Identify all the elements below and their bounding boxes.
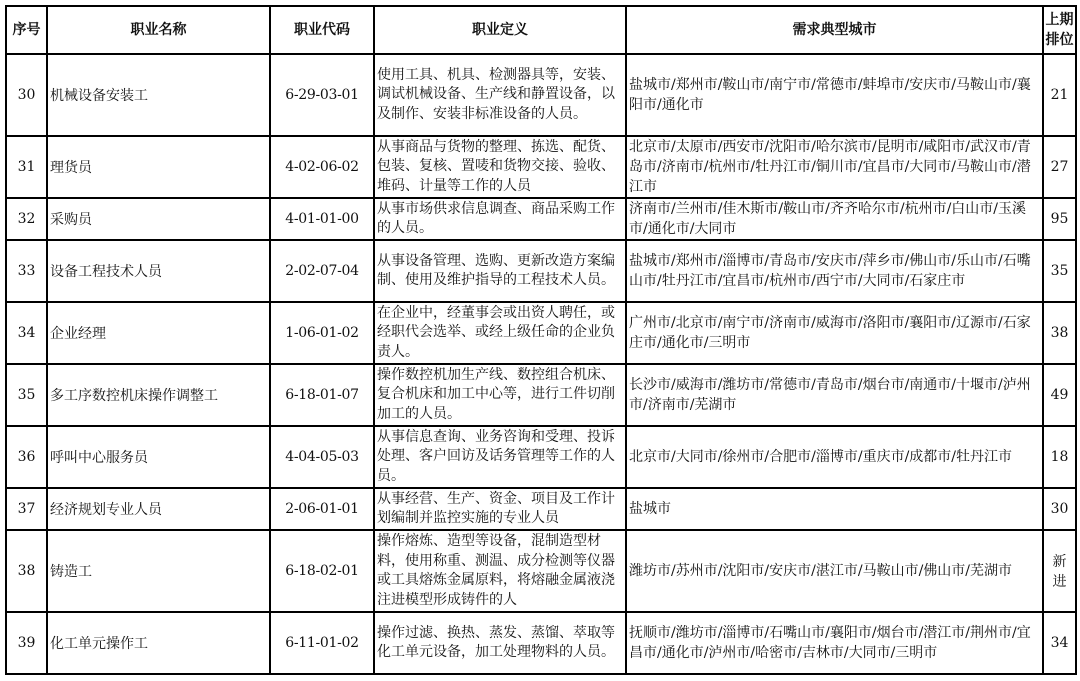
row-code: 6-18-02-01 bbox=[270, 530, 374, 612]
row-cities: 潍坊市/苏州市/沈阳市/安庆市/湛江市/马鞍山市/佛山市/芜湖市 bbox=[626, 530, 1043, 612]
header-num: 序号 bbox=[6, 6, 47, 54]
row-num: 31 bbox=[6, 136, 47, 198]
header-name: 职业名称 bbox=[47, 6, 270, 54]
row-num: 38 bbox=[6, 530, 47, 612]
row-definition: 操作数控机加生产线、数控组合机床、复合机床和加工中心等，进行工件切削加工的人员。 bbox=[374, 364, 626, 426]
header-prev-rank: 上期排位 bbox=[1043, 6, 1076, 54]
row-num: 35 bbox=[6, 364, 47, 426]
row-name: 设备工程技术人员 bbox=[47, 240, 270, 302]
table-row: 35 多工序数控机床操作调整工 6-18-01-07 操作数控机加生产线、数控组… bbox=[6, 364, 1076, 426]
row-definition: 在企业中，经董事会或出资人聘任，或经职代会选举、或经上级任命的企业负责人。 bbox=[374, 302, 626, 364]
row-code: 6-29-03-01 bbox=[270, 54, 374, 136]
table-row: 33 设备工程技术人员 2-02-07-04 从事设备管理、选购、更新改造方案编… bbox=[6, 240, 1076, 302]
row-definition: 从事经营、生产、资金、项目及工作计划编制并监控实施的专业人员 bbox=[374, 488, 626, 530]
row-prev-rank: 新进 bbox=[1043, 530, 1076, 612]
row-prev-rank: 38 bbox=[1043, 302, 1076, 364]
occupation-table-container: 序号 职业名称 职业代码 职业定义 需求典型城市 上期排位 30 机械设备安装工… bbox=[5, 5, 1077, 675]
row-prev-rank: 35 bbox=[1043, 240, 1076, 302]
row-prev-rank: 21 bbox=[1043, 54, 1076, 136]
header-definition: 职业定义 bbox=[374, 6, 626, 54]
table-row: 36 呼叫中心服务员 4-04-05-03 从事信息查询、业务咨询和受理、投诉处… bbox=[6, 426, 1076, 488]
row-num: 32 bbox=[6, 198, 47, 240]
row-prev-rank: 30 bbox=[1043, 488, 1076, 530]
row-prev-rank: 34 bbox=[1043, 612, 1076, 674]
row-name: 化工单元操作工 bbox=[47, 612, 270, 674]
row-cities: 盐城市 bbox=[626, 488, 1043, 530]
row-cities: 抚顺市/潍坊市/淄博市/石嘴山市/襄阳市/烟台市/潜江市/荆州市/宜昌市/通化市… bbox=[626, 612, 1043, 674]
row-prev-rank: 18 bbox=[1043, 426, 1076, 488]
row-name: 机械设备安装工 bbox=[47, 54, 270, 136]
row-definition: 操作过滤、换热、蒸发、蒸馏、萃取等化工单元设备，加工处理物料的人员。 bbox=[374, 612, 626, 674]
row-definition: 从事设备管理、选购、更新改造方案编制、使用及维护指导的工程技术人员。 bbox=[374, 240, 626, 302]
header-code: 职业代码 bbox=[270, 6, 374, 54]
row-code: 2-02-07-04 bbox=[270, 240, 374, 302]
table-row: 38 铸造工 6-18-02-01 操作熔炼、造型等设备，混制造型材料，使用称重… bbox=[6, 530, 1076, 612]
row-name: 多工序数控机床操作调整工 bbox=[47, 364, 270, 426]
row-num: 39 bbox=[6, 612, 47, 674]
row-name: 铸造工 bbox=[47, 530, 270, 612]
header-cities: 需求典型城市 bbox=[626, 6, 1043, 54]
row-name: 采购员 bbox=[47, 198, 270, 240]
row-name: 经济规划专业人员 bbox=[47, 488, 270, 530]
row-num: 30 bbox=[6, 54, 47, 136]
row-name: 呼叫中心服务员 bbox=[47, 426, 270, 488]
row-prev-rank: 95 bbox=[1043, 198, 1076, 240]
row-definition: 操作熔炼、造型等设备，混制造型材料，使用称重、测温、成分检测等仪器或工具熔炼金属… bbox=[374, 530, 626, 612]
row-num: 33 bbox=[6, 240, 47, 302]
row-definition: 使用工具、机具、检测器具等，安装、调试机械设备、生产线和静置设备，以及制作、安装… bbox=[374, 54, 626, 136]
row-code: 4-04-05-03 bbox=[270, 426, 374, 488]
row-cities: 盐城市/郑州市/鞍山市/南宁市/常德市/蚌埠市/安庆市/马鞍山市/襄阳市/通化市 bbox=[626, 54, 1043, 136]
row-name: 企业经理 bbox=[47, 302, 270, 364]
row-name: 理货员 bbox=[47, 136, 270, 198]
row-cities: 济南市/兰州市/佳木斯市/鞍山市/齐齐哈尔市/杭州市/白山市/玉溪市/通化市/大… bbox=[626, 198, 1043, 240]
row-code: 2-06-01-01 bbox=[270, 488, 374, 530]
row-cities: 北京市/大同市/徐州市/合肥市/淄博市/重庆市/成都市/牡丹江市 bbox=[626, 426, 1043, 488]
row-cities: 广州市/北京市/南宁市/济南市/威海市/洛阳市/襄阳市/辽源市/石家庄市/通化市… bbox=[626, 302, 1043, 364]
row-prev-rank: 27 bbox=[1043, 136, 1076, 198]
row-code: 4-01-01-00 bbox=[270, 198, 374, 240]
row-code: 4-02-06-02 bbox=[270, 136, 374, 198]
table-row: 39 化工单元操作工 6-11-01-02 操作过滤、换热、蒸发、蒸馏、萃取等化… bbox=[6, 612, 1076, 674]
table-row: 31 理货员 4-02-06-02 从事商品与货物的整理、拣选、配货、包装、复核… bbox=[6, 136, 1076, 198]
row-num: 34 bbox=[6, 302, 47, 364]
table-row: 37 经济规划专业人员 2-06-01-01 从事经营、生产、资金、项目及工作计… bbox=[6, 488, 1076, 530]
row-cities: 盐城市/郑州市/淄博市/青岛市/安庆市/萍乡市/佛山市/乐山市/石嘴山市/牡丹江… bbox=[626, 240, 1043, 302]
row-definition: 从事市场供求信息调查、商品采购工作的人员。 bbox=[374, 198, 626, 240]
table-row: 32 采购员 4-01-01-00 从事市场供求信息调查、商品采购工作的人员。 … bbox=[6, 198, 1076, 240]
row-code: 6-11-01-02 bbox=[270, 612, 374, 674]
row-cities: 长沙市/威海市/潍坊市/常德市/青岛市/烟台市/南通市/十堰市/泸州市/济南市/… bbox=[626, 364, 1043, 426]
occupation-demand-table: 序号 职业名称 职业代码 职业定义 需求典型城市 上期排位 30 机械设备安装工… bbox=[5, 5, 1077, 675]
row-definition: 从事信息查询、业务咨询和受理、投诉处理、客户回访及话务管理等工作的人员。 bbox=[374, 426, 626, 488]
table-header-row: 序号 职业名称 职业代码 职业定义 需求典型城市 上期排位 bbox=[6, 6, 1076, 54]
row-prev-rank: 49 bbox=[1043, 364, 1076, 426]
table-row: 30 机械设备安装工 6-29-03-01 使用工具、机具、检测器具等，安装、调… bbox=[6, 54, 1076, 136]
row-num: 37 bbox=[6, 488, 47, 530]
row-cities: 北京市/太原市/西安市/沈阳市/哈尔滨市/昆明市/咸阳市/武汉市/青岛市/济南市… bbox=[626, 136, 1043, 198]
row-code: 6-18-01-07 bbox=[270, 364, 374, 426]
row-code: 1-06-01-02 bbox=[270, 302, 374, 364]
row-definition: 从事商品与货物的整理、拣选、配货、包装、复核、置唛和货物交接、验收、堆码、计量等… bbox=[374, 136, 626, 198]
table-row: 34 企业经理 1-06-01-02 在企业中，经董事会或出资人聘任，或经职代会… bbox=[6, 302, 1076, 364]
row-num: 36 bbox=[6, 426, 47, 488]
